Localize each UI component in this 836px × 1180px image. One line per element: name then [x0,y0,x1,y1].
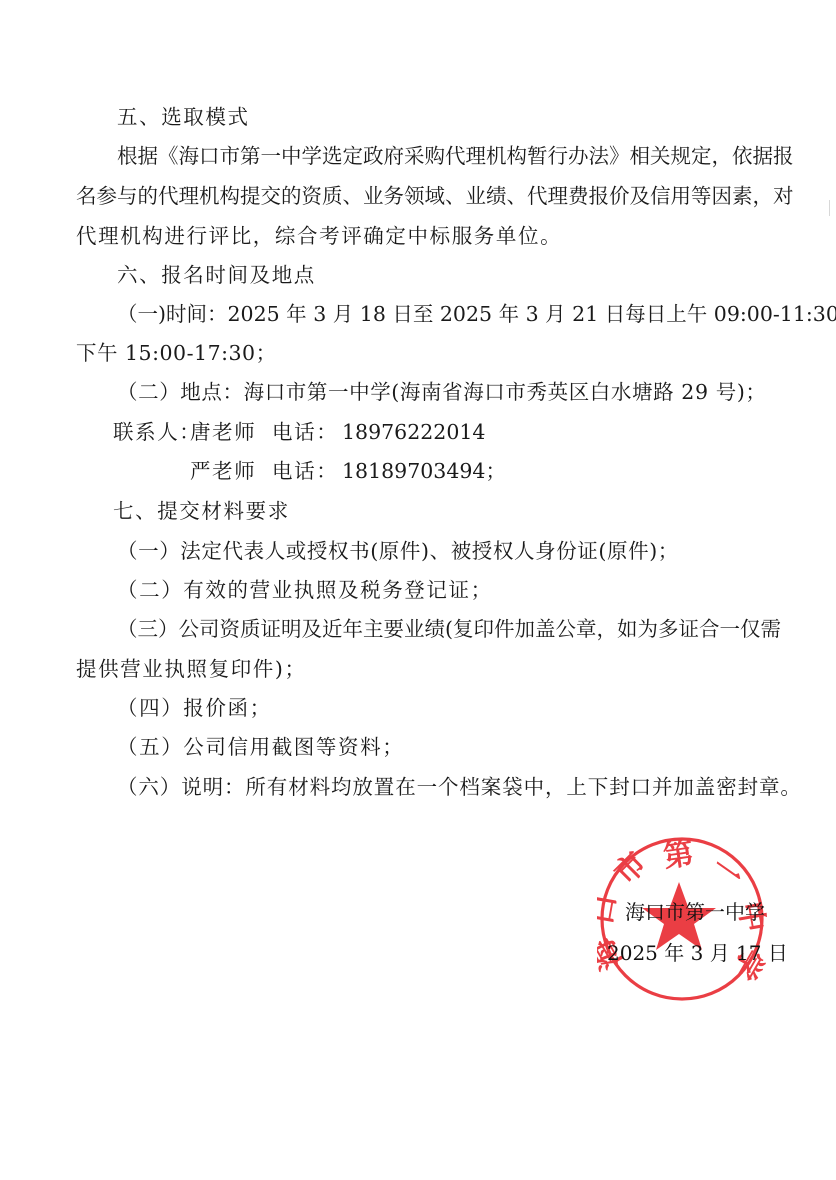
svg-text:第: 第 [661,836,696,875]
material-item-5: （五）公司信用截图等资料； [117,735,404,759]
contact-name-2: 严老师 [190,459,256,483]
section-six-heading: 六、报名时间及地点 [117,263,316,287]
signature-organization: 海口市第一中学 [625,900,765,924]
section-seven-heading: 七、提交材料要求 [113,499,290,523]
contact-phone-label-2: 电话： [272,459,338,483]
contact-phone-1: 18976222014 [342,420,485,444]
document-page: 五、选取模式 根据《海口市第一中学选定政府采购代理机构暂行办法》相关规定，依据报… [0,0,836,1180]
registration-time-line-1: （一)时间：2025 年 3 月 18 日至 2025 年 3 月 21 日每日… [117,302,760,326]
svg-text:口: 口 [597,892,624,928]
material-item-6: （六）说明：所有材料均放置在一个档案袋中，上下封口并加盖密封章。 [117,775,802,799]
contact-name-1: 唐老师 [190,420,256,444]
material-item-1: （一）法定代表人或授权书(原件)、被授权人身份证(原件)； [117,539,679,563]
material-item-3-line-2: 提供营业执照复印件)； [76,657,307,681]
signature-date: 2025 年 3 月 17 日 [607,941,788,965]
section-five-heading: 五、选取模式 [117,105,250,129]
contacts-label: 联系人： [113,420,201,444]
svg-text:一: 一 [704,850,749,896]
registration-location: （二）地点：海口市第一中学(海南省海口市秀英区白水塘路 29 号)； [117,380,767,404]
material-item-4: （四）报价函； [117,696,272,720]
section-five-paragraph-line-2: 名参与的代理机构提交的资质、业务领域、业绩、代理费报价及信用等因素，对 [76,184,760,208]
contact-phone-2: 18189703494； [342,459,506,483]
svg-text:市: 市 [608,846,654,892]
scan-edge-mark [829,200,830,216]
registration-time-line-2: 下午 15:00-17:30； [76,341,277,365]
contact-phone-label-1: 电话： [272,420,338,444]
material-item-2: （二）有效的营业执照及税务登记证； [117,578,493,602]
section-five-paragraph-line-3: 代理机构进行评比，综合考评确定中标服务单位。 [76,224,562,248]
material-item-3-line-1: （三）公司资质证明及近年主要业绩(复印件加盖公章，如为多证合一仅需 [117,617,760,641]
section-five-paragraph-line-1: 根据《海口市第一中学选定政府采购代理机构暂行办法》相关规定，依据报 [117,144,760,168]
